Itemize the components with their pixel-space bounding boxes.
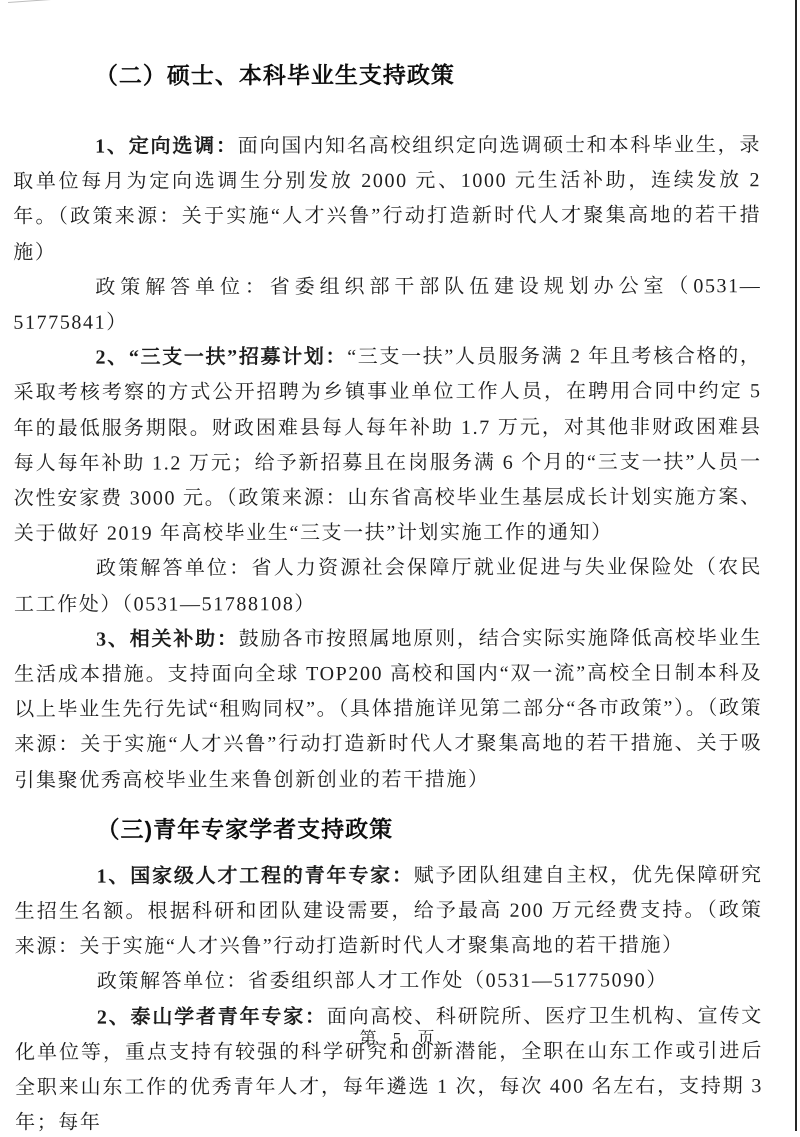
section-heading-masters-bachelors: （二）硕士、本科毕业生支持政策 [95,57,761,92]
paragraph-lead: 1、定向选调： [95,135,238,157]
section-heading-young-experts: （三)青年专家学者支持政策 [96,811,762,846]
document-content: （二）硕士、本科毕业生支持政策 1、定向选调：面向国内知名高校组织定向选调硕士和… [13,57,763,1137]
paragraph-policy-contact: 政策解答单位：省委组织部干部队伍建设规划办公室（0531—51775841） [13,269,761,341]
scanned-document-page: （二）硕士、本科毕业生支持政策 1、定向选调：面向国内知名高校组织定向选调硕士和… [0,0,800,1137]
paragraph-lead: 3、相关补助： [96,628,239,650]
page-number: 第 5 页 [0,1024,800,1049]
paragraph-lead: 1、国家级人才工程的青年专家： [97,865,414,888]
paragraph-policy-contact: 政策解答单位：省人力资源社会保障厅就业促进与失业保险处（农民工工作处）（0531… [14,551,762,623]
scan-artifact-line [8,0,68,3]
paragraph-sanzhiyifu: 2、“三支一扶”招募计划：“三支一扶”人员服务满 2 年且考核合格的，采取考核考… [13,339,761,552]
paragraph-directed-selection: 1、定向选调：面向国内知名高校组织定向选调硕士和本科毕业生，录取单位每月为定向选… [13,128,761,270]
paragraph-national-young-experts: 1、国家级人才工程的青年专家：赋予团队组建自主权，优先保障研究生招生名额。根据科… [15,858,763,965]
paragraph-policy-contact: 政策解答单位：省委组织部人才工作处（0531—51775090） [15,964,763,1001]
paragraph-text: 政策解答单位：省委组织部干部队伍建设规划办公室（0531—51775841） [13,275,761,334]
paragraph-text: 政策解答单位：省委组织部人才工作处（0531—51775090） [97,970,668,993]
page-number-text: 第 5 页 [360,1029,441,1048]
paragraph-text: “三支一扶”人员服务满 2 年且考核合格的，采取考核考察的方式公开招聘为乡镇事业… [14,345,762,545]
paragraph-text: 政策解答单位：省人力资源社会保障厅就业促进与失业保险处（农民工工作处）（0531… [14,557,762,616]
paragraph-text: 鼓励各市按照属地原则，结合实际实施降低高校毕业生生活成本措施。支持面向全球 TO… [14,627,762,791]
paragraph-related-subsidies: 3、相关补助：鼓励各市按照属地原则，结合实际实施降低高校毕业生生活成本措施。支持… [14,621,762,799]
scan-edge-line [795,0,797,1131]
paragraph-lead: 2、“三支一扶”招募计划： [95,346,347,369]
paragraph-taishan-young-experts: 2、泰山学者青年专家：面向高校、科研院所、医疗卫生机构、宣传文化单位等，重点支持… [15,999,763,1137]
